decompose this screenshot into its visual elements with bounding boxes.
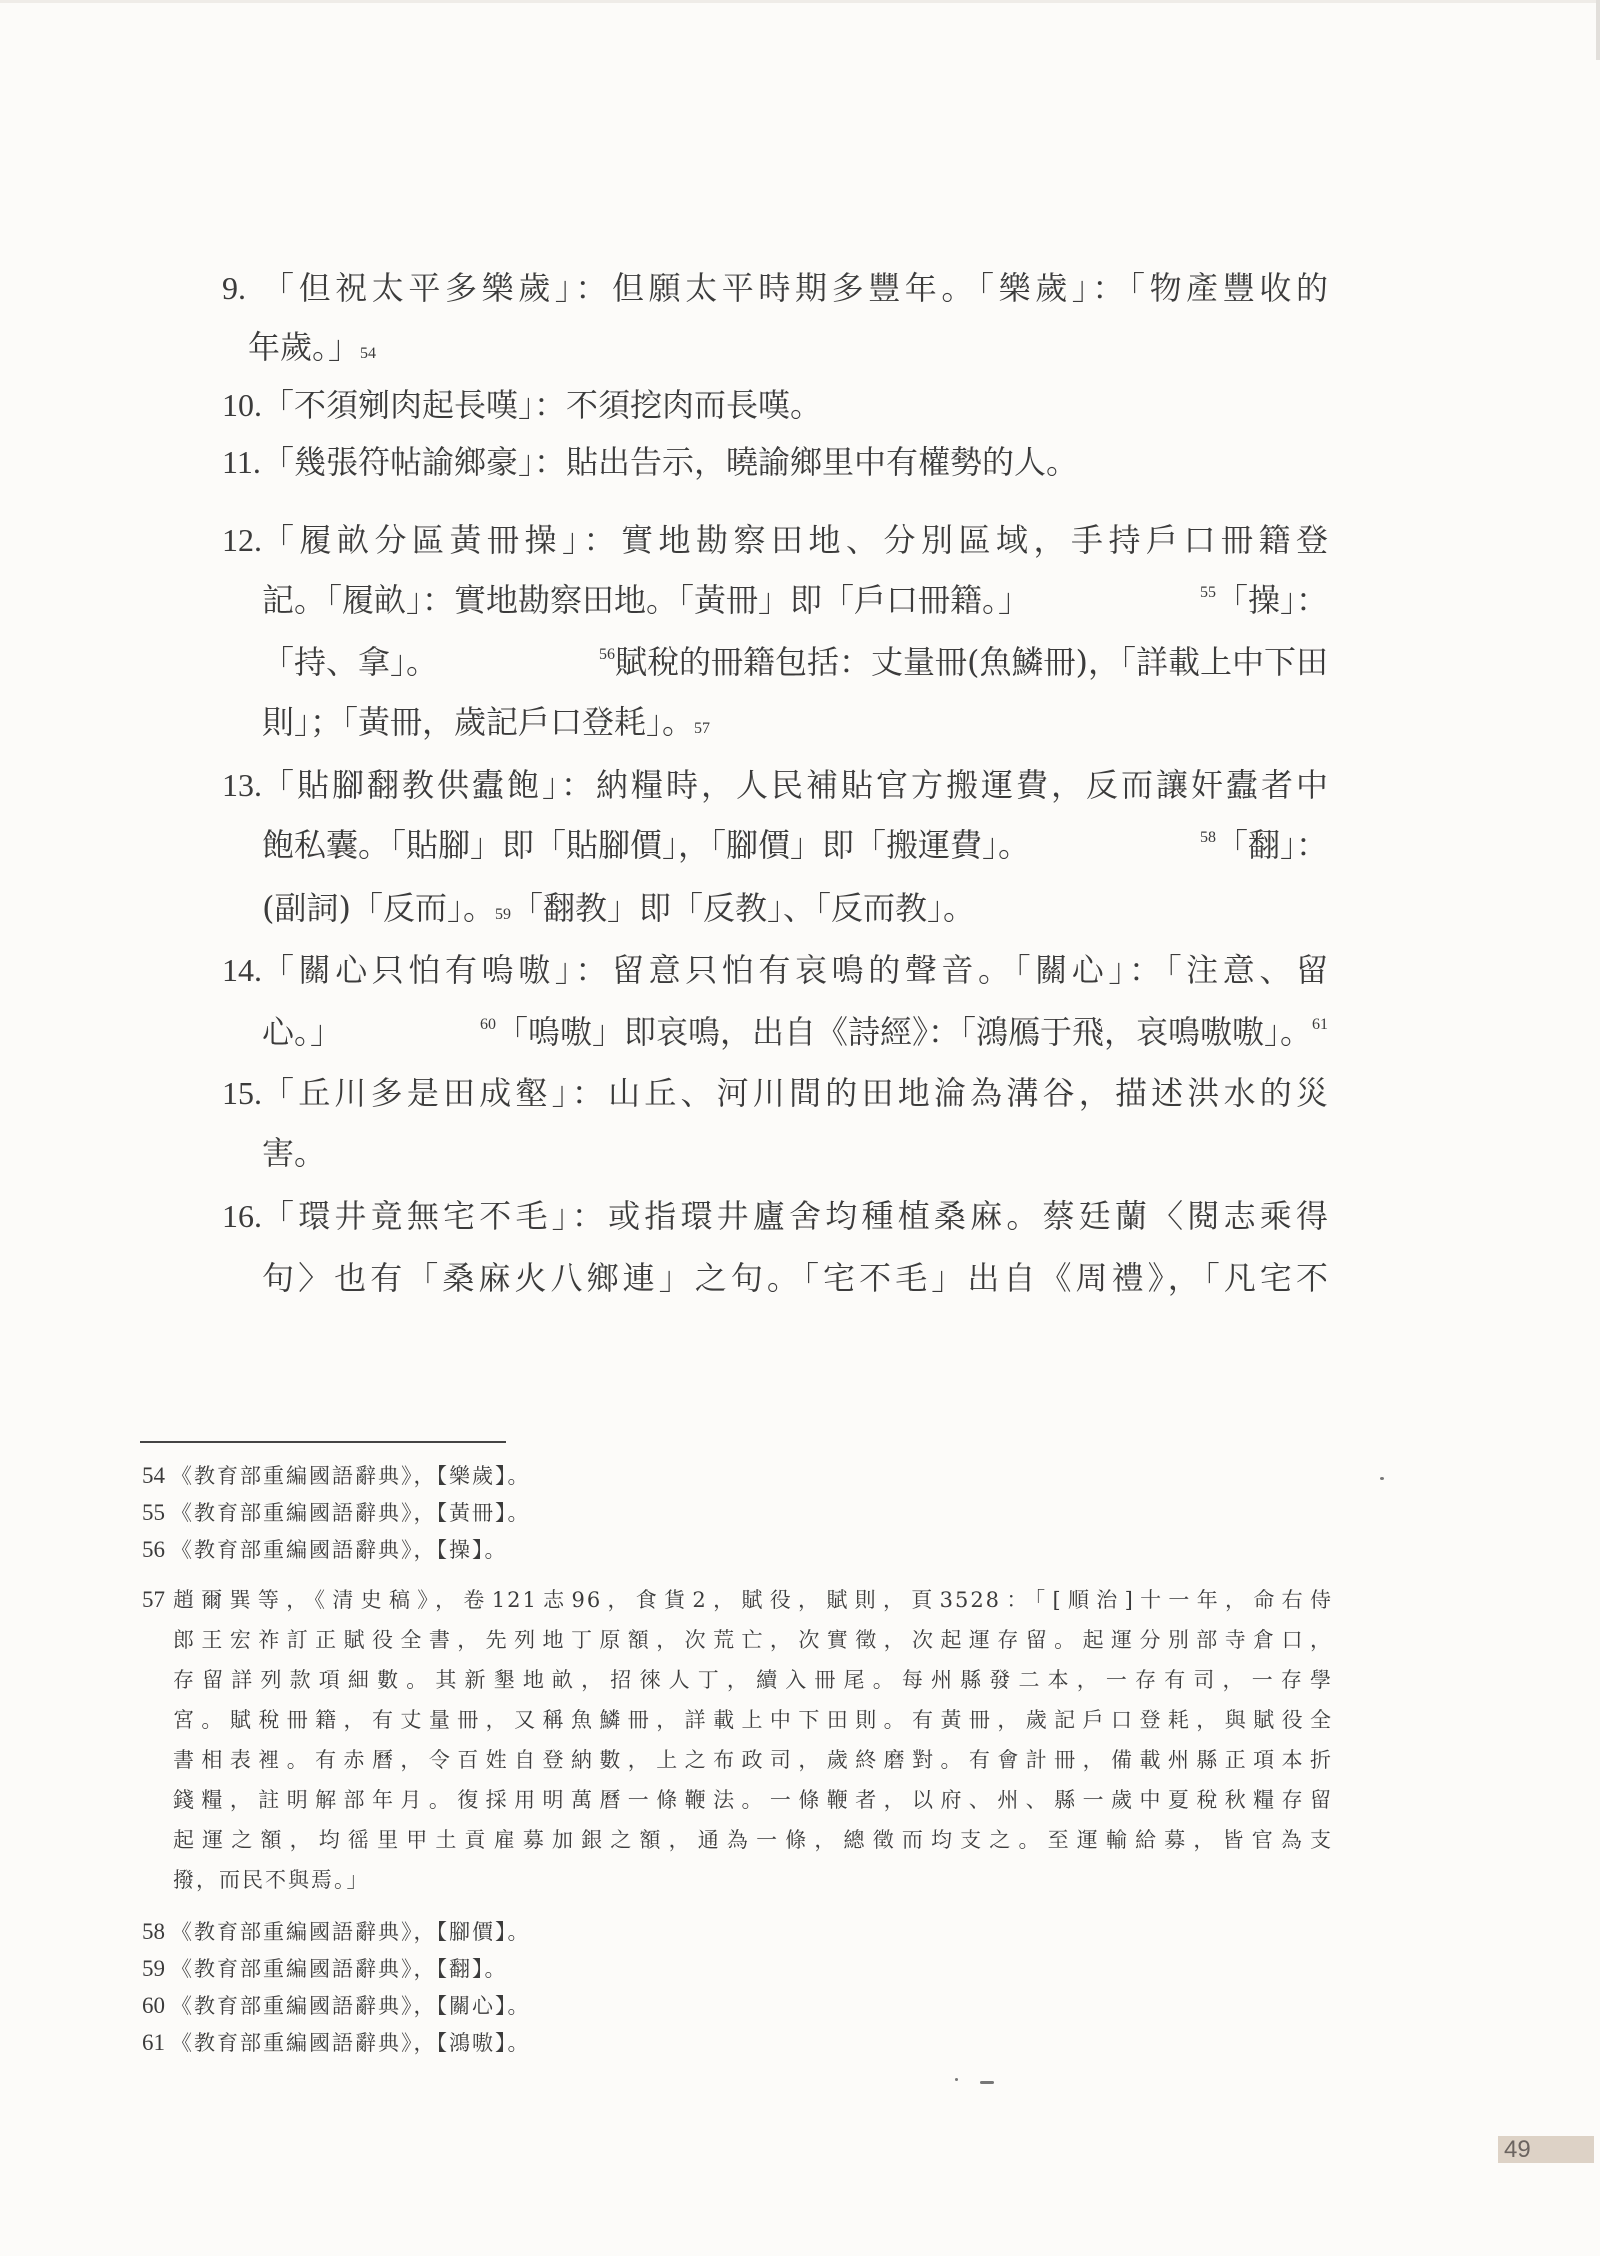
footnote-60: 60《教育部重編國語辭典》，【關心】。 bbox=[142, 1991, 531, 2021]
footnote-57-line: 撥，而民不與焉。」 bbox=[173, 1865, 370, 1895]
footnote-57-line: 郎王宏祚訂正賦役全書，先列地丁原額，次荒亡，次實徵，次起運存留。起運分別部寺倉口… bbox=[173, 1625, 1333, 1655]
footnote-ref[interactable]: 56 bbox=[599, 646, 615, 663]
annotation-line: 「但祝太平多樂歲」：但願太平時期多豐年。「樂歲」：「物產豐收的 bbox=[262, 266, 1328, 310]
footnote-57-line: 趙爾巽等，《清史稿》，卷121志96，食貨2，賦役，賦則，頁3528：「[順治]… bbox=[173, 1585, 1333, 1615]
footnote-ref[interactable]: 60 bbox=[480, 1016, 496, 1033]
annotation-line: 「關心只怕有嗚嗷」：留意只怕有哀鳴的聲音。「關心」：「注意、留 bbox=[262, 948, 1328, 992]
scan-speck bbox=[1380, 1477, 1384, 1480]
footnote-57-line: 錢糧，註明解部年月。復採用明萬曆一條鞭法。一條鞭者，以府、州、縣一歲中夏稅秋糧存… bbox=[173, 1785, 1333, 1815]
annotation-line: 「丘川多是田成壑」：山丘、河川間的田地淪為溝谷，描述洪水的災 bbox=[262, 1071, 1328, 1115]
footnote-ref[interactable]: 55 bbox=[1200, 584, 1216, 601]
item-number: 16. bbox=[222, 1194, 262, 1238]
annotation-line: 「持、拿」。56賦稅的冊籍包括：丈量冊(魚鱗冊)，「詳載上中下田 bbox=[262, 640, 1328, 684]
annotation-line: 飽私囊。「貼腳」即「貼腳價」，「腳價」即「搬運費」。58「翻」： bbox=[262, 823, 1328, 867]
item-number: 15. bbox=[222, 1071, 262, 1115]
item-number: 10. bbox=[222, 383, 262, 427]
annotation-line: 年歲。」54 bbox=[248, 325, 1328, 369]
annotation-line: 「幾張符帖諭鄉豪」：貼出告示，曉諭鄉里中有權勢的人。 bbox=[262, 440, 1328, 484]
annotation-line: 「履畝分區黃冊操」：實地勘察田地、分別區域，手持戶口冊籍登 bbox=[262, 518, 1328, 562]
annotation-line: 記。「履畝」：實地勘察田地。「黃冊」即「戶口冊籍。」55「操」： bbox=[262, 578, 1328, 622]
annotation-line: 心。」60「嗚嗷」即哀鳴，出自《詩經》：「鴻鴈于飛，哀鳴嗷嗷」。61 bbox=[262, 1010, 1328, 1054]
annotation-line: (副詞)「反而」。59「翻教」即「反教」、「反而教」。 bbox=[262, 886, 1328, 930]
footnote-56: 56《教育部重編國語辭典》，【操】。 bbox=[142, 1535, 508, 1565]
annotation-line: 「貼腳翻教供蠹飽」：納糧時，人民補貼官方搬運費，反而讓奸蠹者中 bbox=[262, 763, 1328, 807]
item-number: 9. bbox=[222, 266, 262, 310]
annotation-line: 句〉也有「桑麻火八鄉連」之句。「宅不毛」出自《周禮》，「凡宅不 bbox=[262, 1256, 1328, 1300]
footnote-57-line: 起運之額，均徭里甲土貢雇募加銀之額，通為一條，總徵而均支之。至運輸給募，皆官為支 bbox=[173, 1825, 1333, 1855]
footnote-ref[interactable]: 58 bbox=[1200, 829, 1216, 846]
footnote-ref[interactable]: 61 bbox=[1312, 1016, 1328, 1033]
footnote-57-line: 書相表裡。有赤曆，令百姓自登納數，上之布政司，歲終磨對。有會計冊，備載州縣正項本… bbox=[173, 1745, 1333, 1775]
annotation-line: 則」；「黃冊，歲記戶口登耗」。57 bbox=[262, 700, 1328, 744]
footnote-57: 57 bbox=[142, 1585, 171, 1615]
annotation-line: 「不須剜肉起長嘆」：不須挖肉而長嘆。 bbox=[262, 383, 1328, 427]
item-number: 13. bbox=[222, 763, 262, 807]
item-number: 14. bbox=[222, 948, 262, 992]
footnote-57-line: 宮。賦稅冊籍，有丈量冊，又稱魚鱗冊，詳載上中下田則。有黃冊，歲記戶口登耗，與賦役… bbox=[173, 1705, 1333, 1735]
item-number: 12. bbox=[222, 518, 262, 562]
footnote-55: 55《教育部重編國語辭典》，【黃冊】。 bbox=[142, 1498, 531, 1528]
annotation-line: 害。 bbox=[262, 1131, 1328, 1175]
page-number: 49 bbox=[1498, 2136, 1594, 2163]
footnote-57-line: 存留詳列款項細數。其新墾地畝，招徠人丁，續入冊尾。每州縣發二本，一存有司，一存學 bbox=[173, 1665, 1333, 1695]
footnote-61: 61《教育部重編國語辭典》，【鴻嗷】。 bbox=[142, 2028, 531, 2058]
footnote-59: 59《教育部重編國語辭典》，【翻】。 bbox=[142, 1954, 508, 1984]
page-top-edge bbox=[0, 0, 1600, 3]
scan-speck bbox=[980, 2081, 994, 2084]
annotation-line: 「環井竟無宅不毛」：或指環井廬舍均種植桑麻。蔡廷蘭〈閱志乘得 bbox=[262, 1194, 1328, 1238]
item-number: 11. bbox=[222, 440, 262, 484]
page-right-edge bbox=[1596, 0, 1600, 60]
scan-speck bbox=[955, 2078, 958, 2081]
footnote-separator bbox=[140, 1441, 506, 1443]
footnote-58: 58《教育部重編國語辭典》，【腳價】。 bbox=[142, 1917, 531, 1947]
footnote-54: 54《教育部重編國語辭典》，【樂歲】。 bbox=[142, 1461, 531, 1491]
